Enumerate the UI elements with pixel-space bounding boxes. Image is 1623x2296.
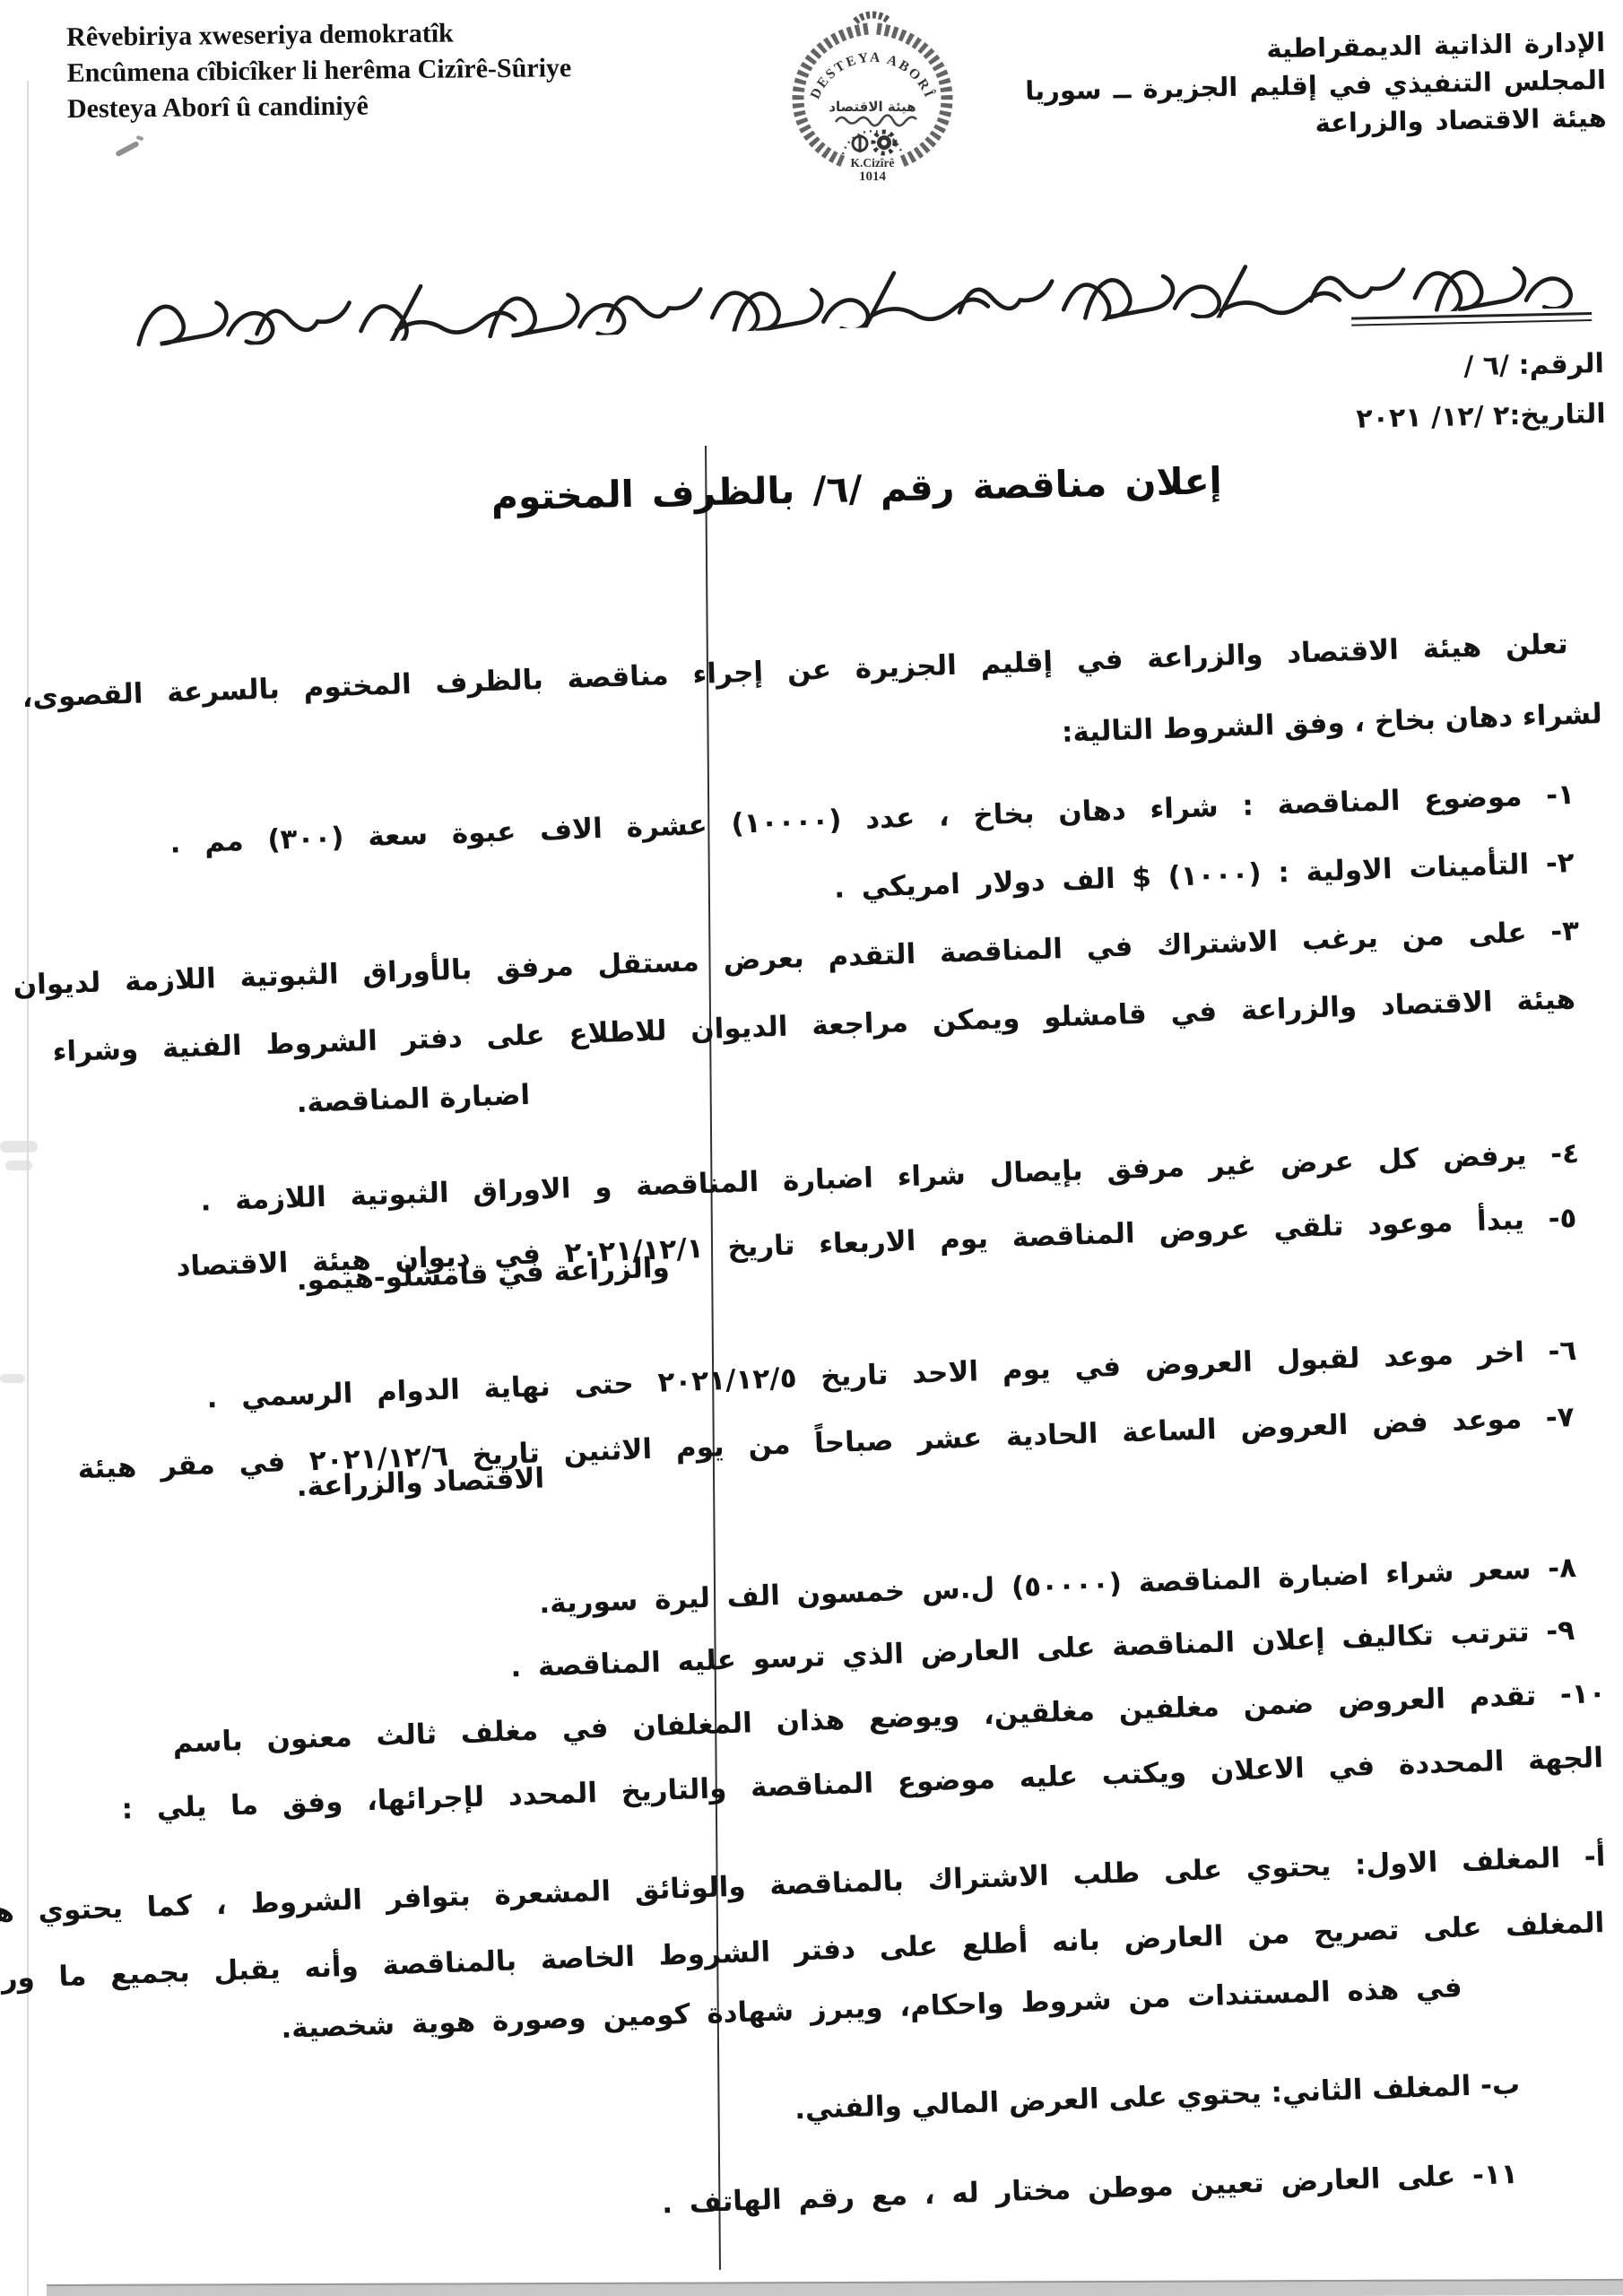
tender-item-line: في هذه المستندات من شروط واحكام، ويبرز ش… (281, 1971, 1462, 2045)
tender-item-line: الجهة المحددة في الاعلان ويكتب عليه موضو… (121, 1742, 1603, 1826)
page-title: إعلان مناقصة رقم /٦/ بالظرف المختوم (490, 459, 1222, 518)
seal-arabic-text: هيئة الاقتصاد (829, 99, 916, 115)
scan-smudge (0, 1374, 25, 1383)
fold-crease-line (705, 446, 721, 2270)
tender-item-line: ٨- سعر شراء اضبارة المناقصة (٥٠٠٠٠) ل.س … (538, 1552, 1576, 1620)
tender-item-line: ٣- على من يرغب الاشتراك في المناقصة التق… (13, 915, 1580, 1002)
wreath-apex (855, 15, 890, 22)
pen-mark (115, 141, 140, 157)
seal-year-text: 1014 (859, 170, 887, 183)
scan-smudge (5, 1161, 32, 1170)
syriac-handwriting (126, 235, 1617, 348)
tender-item-line: ٦- اخر موعد لقبول العروض في يوم الاحد تا… (206, 1335, 1577, 1414)
header-kurdish-line: Encûmena cîbicîker li herêma Cizîrê-Sûri… (66, 50, 571, 91)
tender-item-line: ١- موضوع المناقصة : شراء دهان بخاخ ، عدد… (169, 778, 1575, 860)
scan-smudge (0, 1141, 38, 1152)
tender-item-line: هيئة الاقتصاد والزراعة في قامشلو ويمكن م… (52, 983, 1575, 1068)
tender-item-line: ١١- على العارض تعيين موطن مختار له ، مع … (662, 2158, 1519, 2220)
document-page: Rêvebiriya xweseriya demokratîk Encûmena… (0, 0, 1623, 2296)
pen-mark (136, 135, 144, 141)
scanner-shadow-band (47, 2279, 1623, 2296)
seal-arc-text: DESTEYA ABORÎ (808, 50, 938, 101)
reference-date: التاريخ:٢ /١٢/ ٢٠٢١ (1356, 398, 1606, 435)
header-kurdish-line: Desteya Aborî û candiniyê (67, 86, 572, 127)
official-seal: DESTEYA ABORÎ هيئة الاقتصاد K.Cizîrê 101… (773, 7, 972, 183)
tender-item-line: اضبارة المناقصة. (296, 1079, 531, 1119)
tender-item-line: ١٠- تقدم العروض ضمن مغلفين مغلقين، ويوضع… (172, 1677, 1606, 1760)
svg-text:DESTEYA ABORÎ: DESTEYA ABORÎ (808, 50, 938, 101)
header-kurdish-line: Rêvebiriya xweseriya demokratîk (66, 14, 571, 56)
seal-graphic: DESTEYA ABORÎ هيئة الاقتصاد K.Cizîrê 101… (773, 7, 972, 183)
intro-line: تعلن هيئة الاقتصاد والزراعة في إقليم الج… (22, 628, 1568, 714)
tender-item-line: ب- المغلف الثاني: يحتوي على العرض المالي… (794, 2068, 1520, 2126)
tender-item-line: ٤- يرفض كل عرض غير مرفق بإيصال شراء اضبا… (200, 1137, 1580, 1218)
tender-item-line: ٢- التأمينات الاولية : (١٠٠٠) $ الف دولا… (833, 847, 1575, 905)
intro-line: لشراء دهان بخاخ ، وفق الشروط التالية: (1061, 698, 1602, 749)
header-kurdish: Rêvebiriya xweseriya demokratîk Encûmena… (66, 14, 572, 127)
reference-number: الرقم: /٦ / (1463, 348, 1604, 382)
tender-item-line: ٩- تترتب تكاليف إعلان المناقصة على العار… (509, 1614, 1575, 1683)
seal-syriac-line (836, 116, 916, 126)
seal-place-text: K.Cizîrê (850, 156, 894, 170)
double-rule (1351, 312, 1592, 326)
syriac-text-line (126, 235, 1617, 348)
header-arabic: الإدارة الذاتية الديمقراطية المجلس التنف… (1024, 23, 1607, 147)
